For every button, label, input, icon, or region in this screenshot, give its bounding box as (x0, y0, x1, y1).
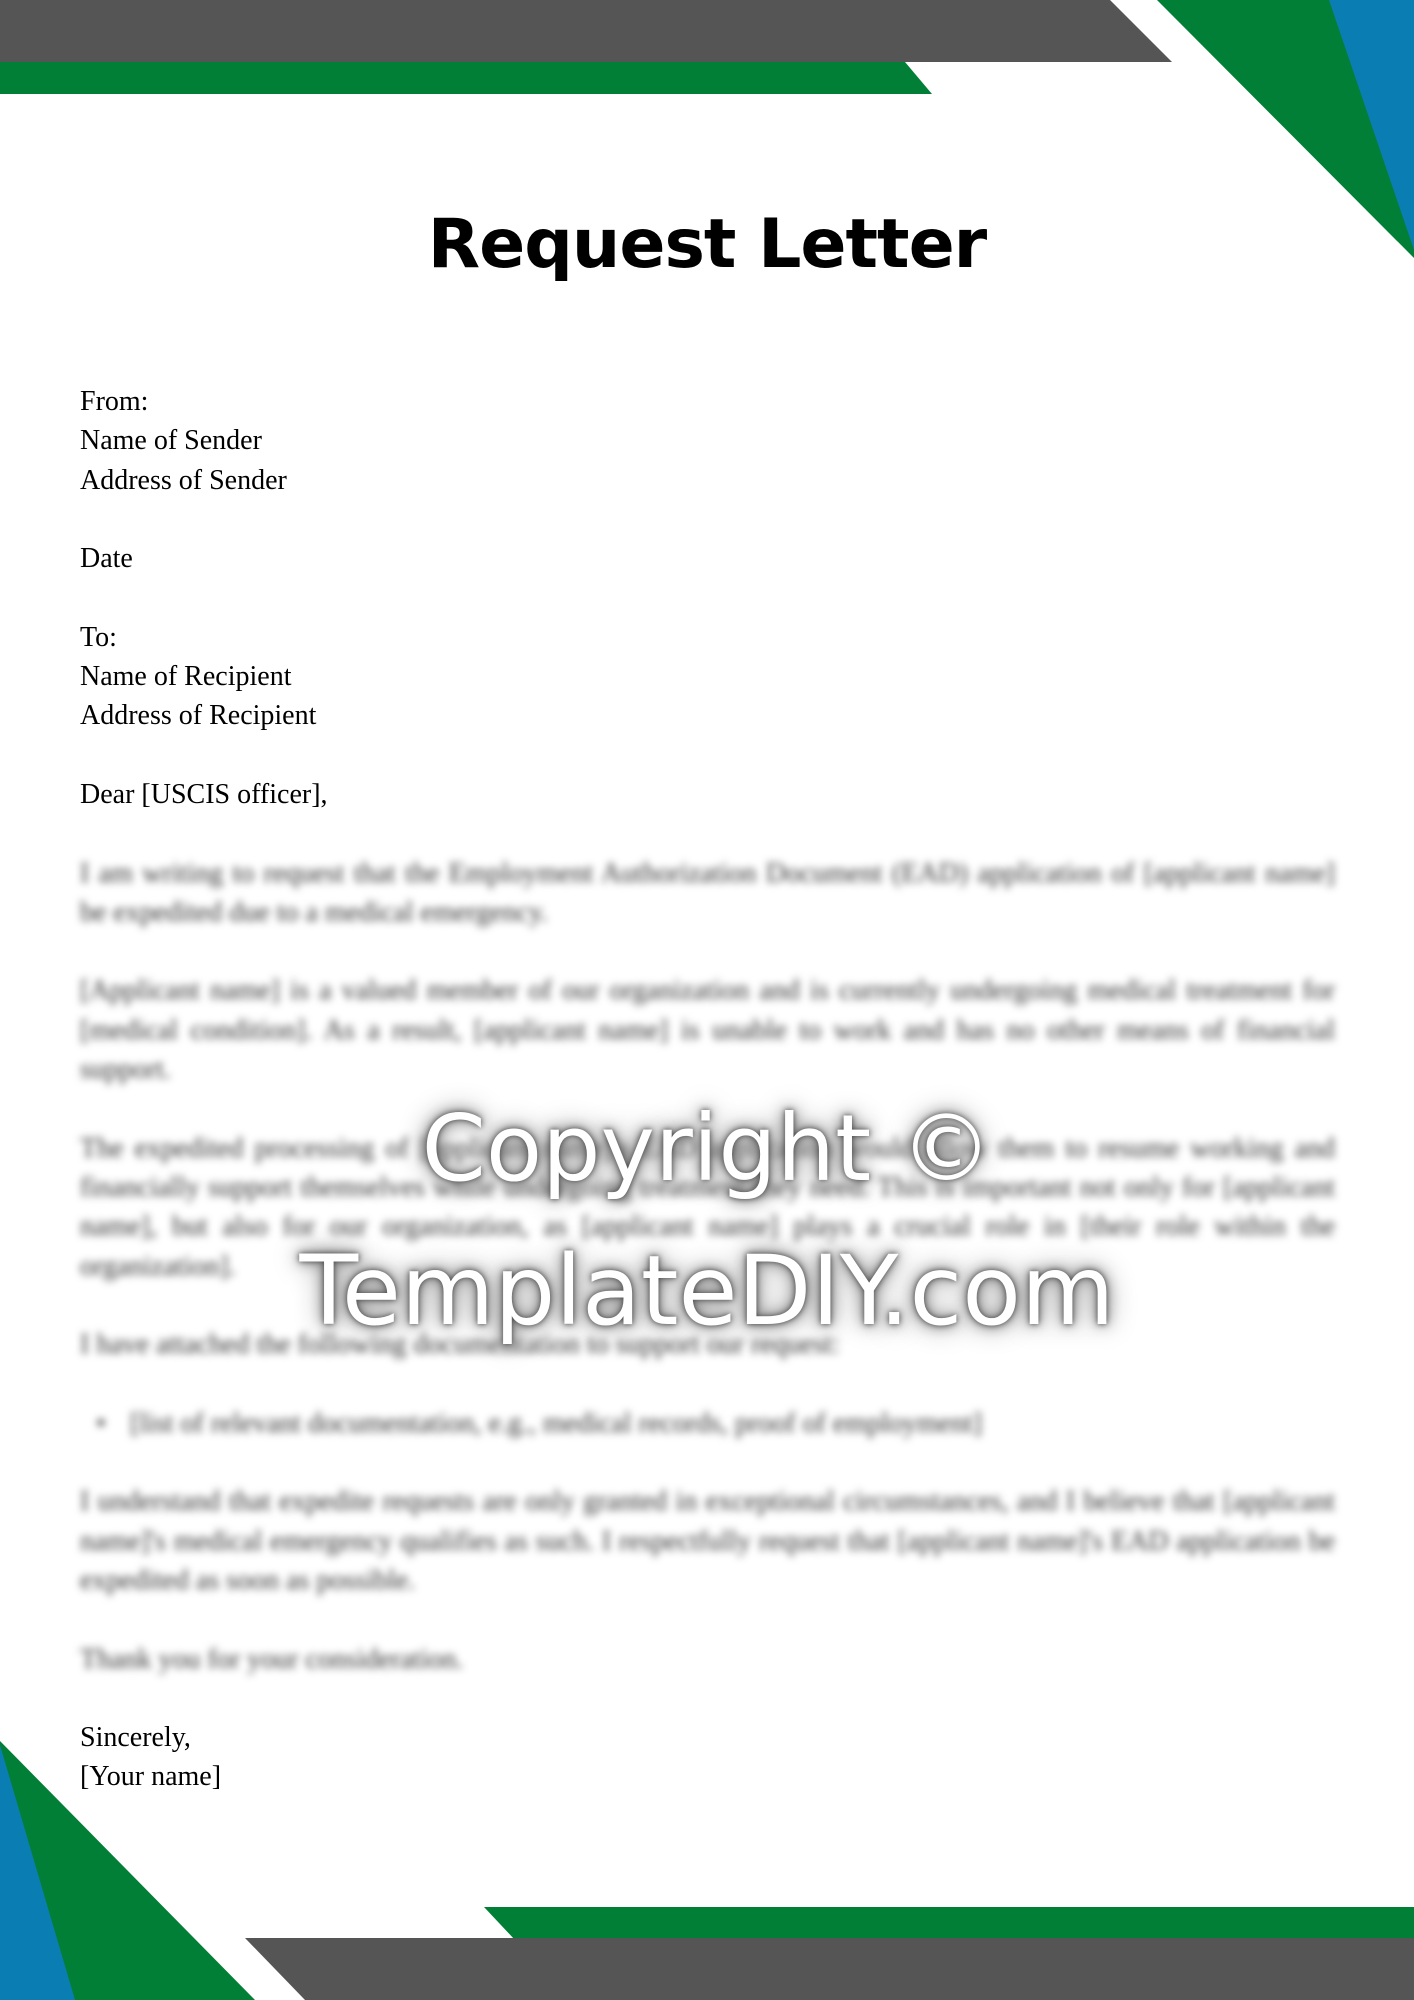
document-title: Request Letter (0, 205, 1414, 284)
letter-body: From: Name of Sender Address of Sender D… (80, 382, 1335, 1797)
signoff-block: Sincerely, [Your name] (80, 1718, 1335, 1797)
watermark-site: TemplateDIY.com (0, 1235, 1414, 1347)
paragraph-2: [Applicant name] is a valued member of o… (80, 971, 1335, 1089)
from-label: From: (80, 382, 1335, 421)
paragraph-5: I understand that expedite requests are … (80, 1482, 1335, 1600)
bullet-item: [list of relevant documentation, e.g., m… (80, 1404, 1335, 1443)
recipient-address: Address of Recipient (80, 696, 1335, 735)
date-line: Date (80, 539, 1335, 578)
paragraph-6: Thank you for your consideration. (80, 1640, 1335, 1679)
recipient-name: Name of Recipient (80, 657, 1335, 696)
signoff-name: [Your name] (80, 1757, 1335, 1796)
top-green-band (0, 62, 932, 94)
signoff-closing: Sincerely, (80, 1718, 1335, 1757)
bottom-grey-band (245, 1938, 1414, 2000)
top-grey-band (0, 0, 1172, 62)
from-block: From: Name of Sender Address of Sender (80, 382, 1335, 500)
paragraph-1: I am writing to request that the Employm… (80, 854, 1335, 933)
sender-address: Address of Sender (80, 461, 1335, 500)
to-label: To: (80, 618, 1335, 657)
bottom-left-blue-triangle (0, 1745, 75, 2000)
salutation: Dear [USCIS officer], (80, 775, 1335, 814)
sender-name: Name of Sender (80, 421, 1335, 460)
bottom-green-band (484, 1907, 1414, 1940)
watermark-copyright: Copyright © (0, 1095, 1414, 1202)
to-block: To: Name of Recipient Address of Recipie… (80, 618, 1335, 736)
